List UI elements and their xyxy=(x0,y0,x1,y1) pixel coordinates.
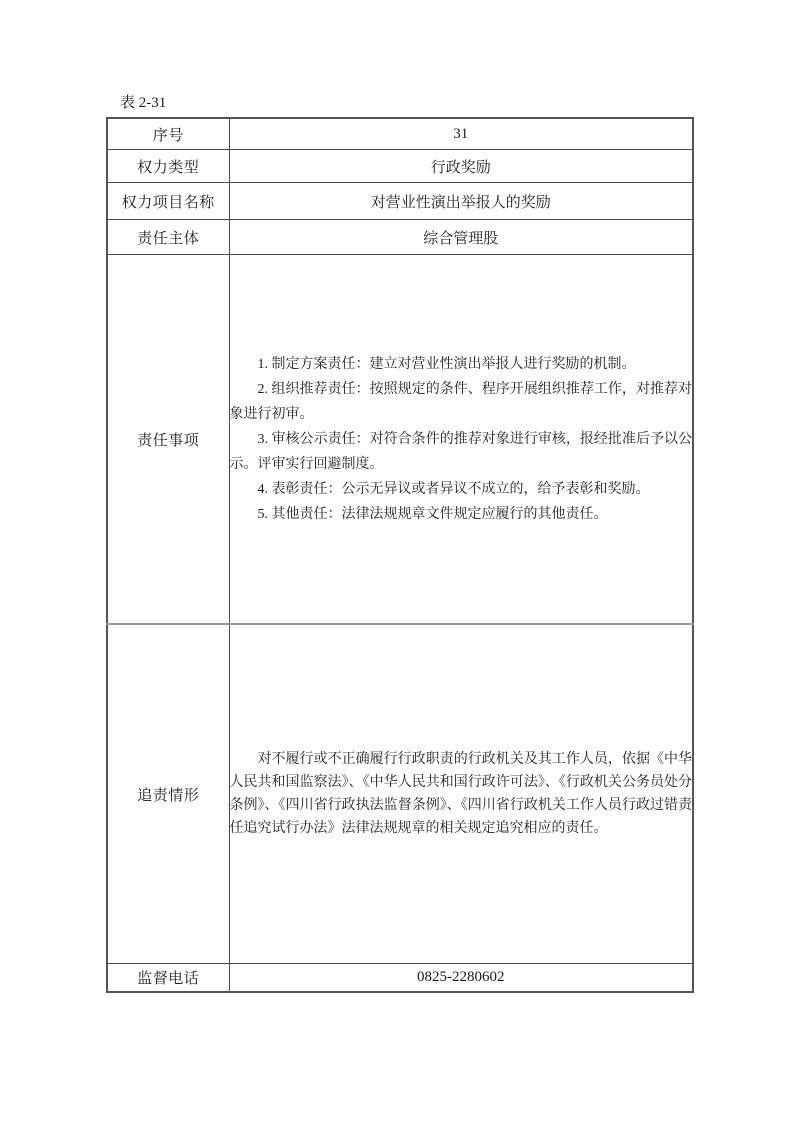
table-row-responsibility-items: 责任事项 1. 制定方案责任：建立对营业性演出举报人进行奖励的机制。 2. 组织… xyxy=(107,255,693,625)
accountability-paragraph: 对不履行或不正确履行行政职责的行政机关及其工作人员，依据《中华人民共和国监察法》… xyxy=(230,748,693,840)
responsibility-items-label: 责任事项 xyxy=(107,255,229,625)
power-type-label: 权力类型 xyxy=(107,150,229,183)
table-row-supervision-phone: 监督电话 0825-2280602 xyxy=(107,964,693,993)
responsibility-item-1: 1. 制定方案责任：建立对营业性演出举报人进行奖励的机制。 xyxy=(230,352,693,377)
power-item-name-value: 对营业性演出举报人的奖励 xyxy=(229,183,693,220)
table-row-accountability-circumstances: 追责情形 对不履行或不正确履行行政职责的行政机关及其工作人员，依据《中华人民共和… xyxy=(107,624,693,964)
document-page: 表 2-31 序号 31 权力类型 行政奖励 权力项目名称 对营业性演出举报人的… xyxy=(0,0,793,1122)
supervision-phone-label: 监督电话 xyxy=(107,964,229,993)
responsibility-item-4: 4. 表彰责任：公示无异议或者异议不成立的，给予表彰和奖励。 xyxy=(230,477,693,502)
accountability-circumstances-text: 对不履行或不正确履行行政职责的行政机关及其工作人员，依据《中华人民共和国监察法》… xyxy=(229,624,693,964)
responsibility-item-5: 5. 其他责任：法律法规规章文件规定应履行的其他责任。 xyxy=(230,502,693,527)
table-row-power-type: 权力类型 行政奖励 xyxy=(107,150,693,183)
responsibility-item-3: 3. 审核公示责任：对符合条件的推荐对象进行审核，报经批准后予以公示。评审实行回… xyxy=(230,427,693,477)
accountability-circumstances-label: 追责情形 xyxy=(107,624,229,964)
table-row-power-item-name: 权力项目名称 对营业性演出举报人的奖励 xyxy=(107,183,693,220)
responsible-entity-value: 综合管理股 xyxy=(229,220,693,255)
responsibility-table: 序号 31 权力类型 行政奖励 权力项目名称 对营业性演出举报人的奖励 责任主体… xyxy=(106,117,694,993)
power-type-value: 行政奖励 xyxy=(229,150,693,183)
responsible-entity-label: 责任主体 xyxy=(107,220,229,255)
serial-number-value: 31 xyxy=(229,118,693,150)
responsibility-items-text: 1. 制定方案责任：建立对营业性演出举报人进行奖励的机制。 2. 组织推荐责任：… xyxy=(229,255,693,625)
serial-number-label: 序号 xyxy=(107,118,229,150)
table-row-serial-number: 序号 31 xyxy=(107,118,693,150)
power-item-name-label: 权力项目名称 xyxy=(107,183,229,220)
responsibility-item-2: 2. 组织推荐责任：按照规定的条件、程序开展组织推荐工作，对推荐对象进行初审。 xyxy=(230,377,693,427)
table-caption: 表 2-31 xyxy=(120,95,166,112)
table-row-responsible-entity: 责任主体 综合管理股 xyxy=(107,220,693,255)
supervision-phone-value: 0825-2280602 xyxy=(229,964,693,993)
